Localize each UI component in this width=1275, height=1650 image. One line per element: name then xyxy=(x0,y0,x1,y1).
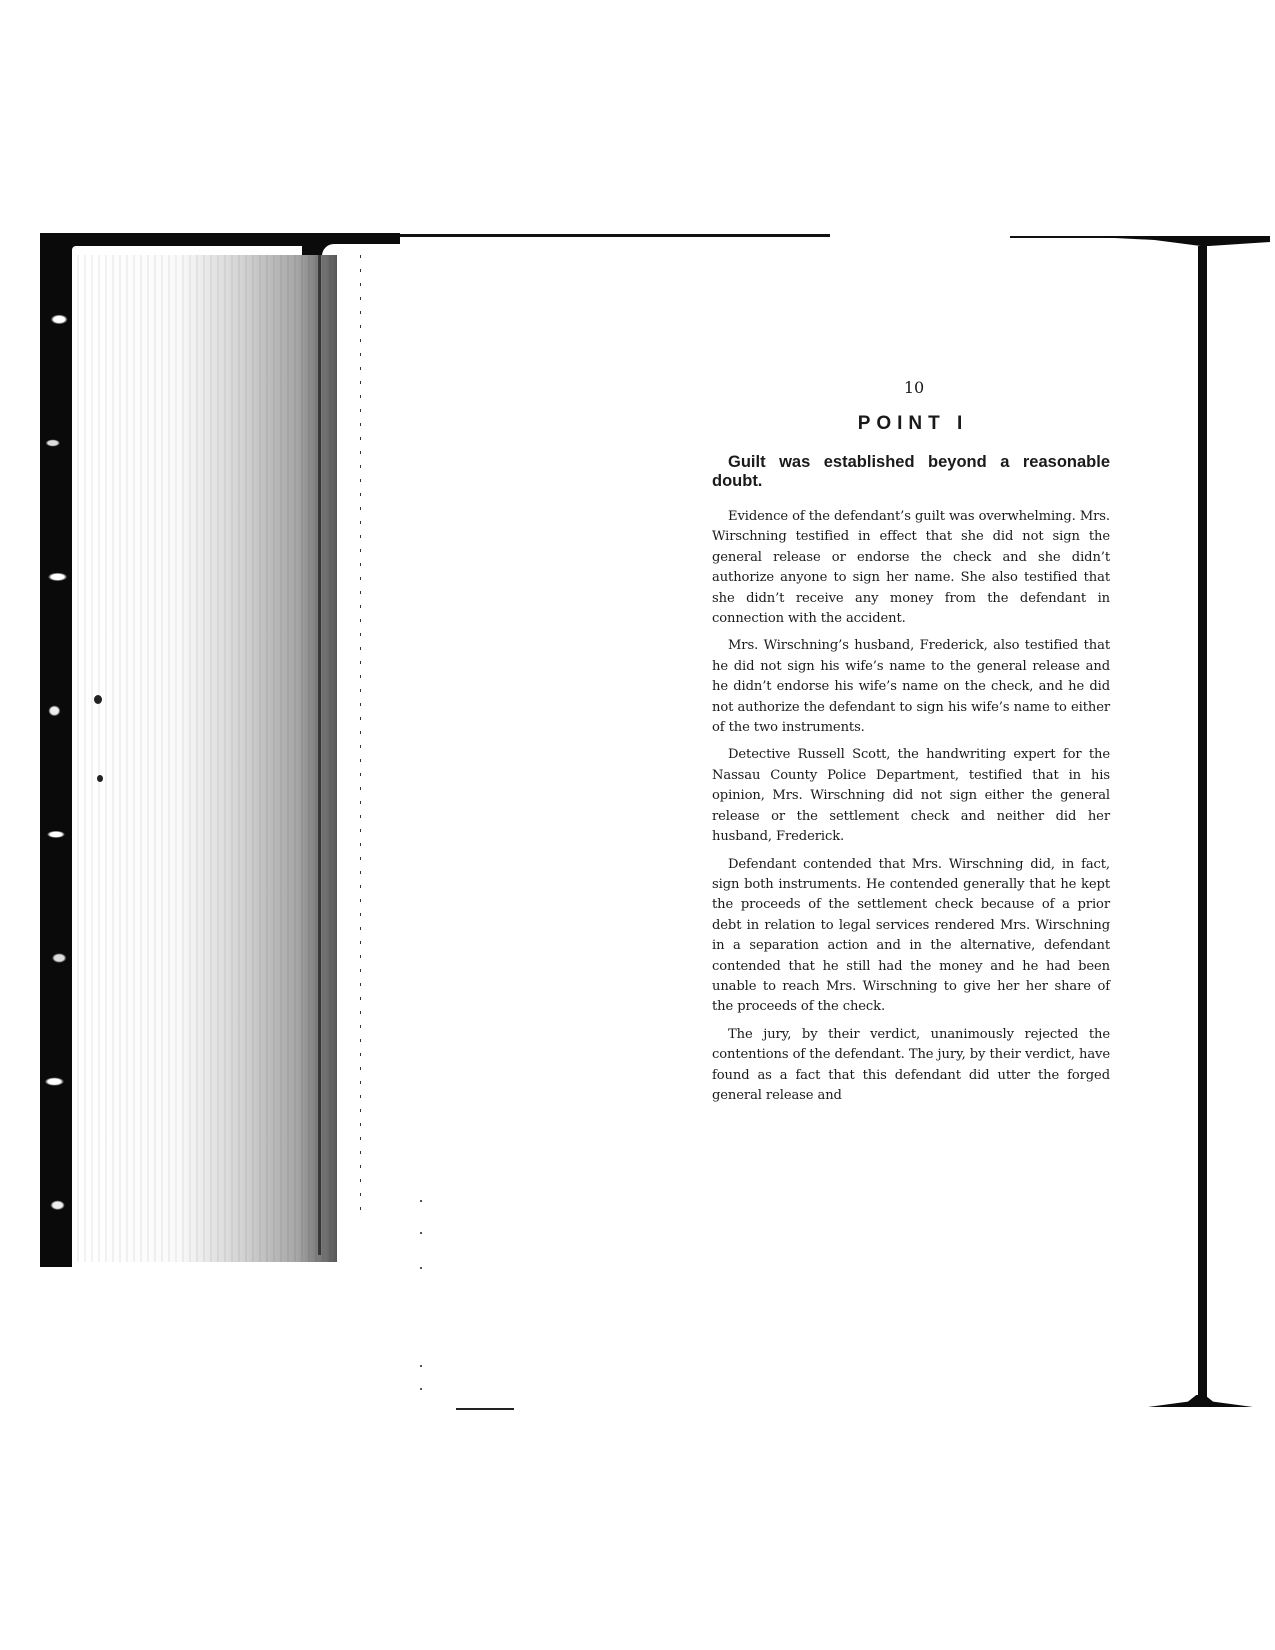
document-page: 10 POINT I Guilt was established beyond … xyxy=(712,378,1110,1113)
scan-speck xyxy=(420,1267,422,1269)
scan-right-top-flare xyxy=(1105,236,1270,246)
section-heading: Guilt was established beyond a reasonabl… xyxy=(712,453,1110,491)
paragraph: Evidence of the defendant’s guilt was ov… xyxy=(712,507,1110,629)
paragraph: Detective Russell Scott, the handwriting… xyxy=(712,745,1110,847)
scan-right-edge-bar xyxy=(1198,246,1207,1404)
scan-right-bottom-flare xyxy=(1148,1395,1253,1407)
scan-noise-region xyxy=(72,255,337,1262)
section-title: POINT I xyxy=(712,413,1110,435)
paragraph: Defendant contended that Mrs. Wirschning… xyxy=(712,855,1110,1018)
scan-dotted-line xyxy=(360,255,361,1215)
scan-speck xyxy=(420,1388,422,1390)
punch-hole-mark xyxy=(94,695,102,704)
scan-speck xyxy=(420,1232,422,1234)
paragraph: Mrs. Wirschning’s husband, Frederick, al… xyxy=(712,636,1110,738)
marbled-cover-strip xyxy=(40,237,72,1267)
scan-speck xyxy=(420,1200,422,1202)
punch-hole-mark xyxy=(97,775,103,782)
scan-bottom-rule xyxy=(456,1408,514,1410)
scan-speck xyxy=(420,1365,422,1367)
page-number: 10 xyxy=(712,378,1110,397)
scan-gutter-line xyxy=(318,255,321,1255)
paragraph: The jury, by their verdict, unanimously … xyxy=(712,1025,1110,1107)
